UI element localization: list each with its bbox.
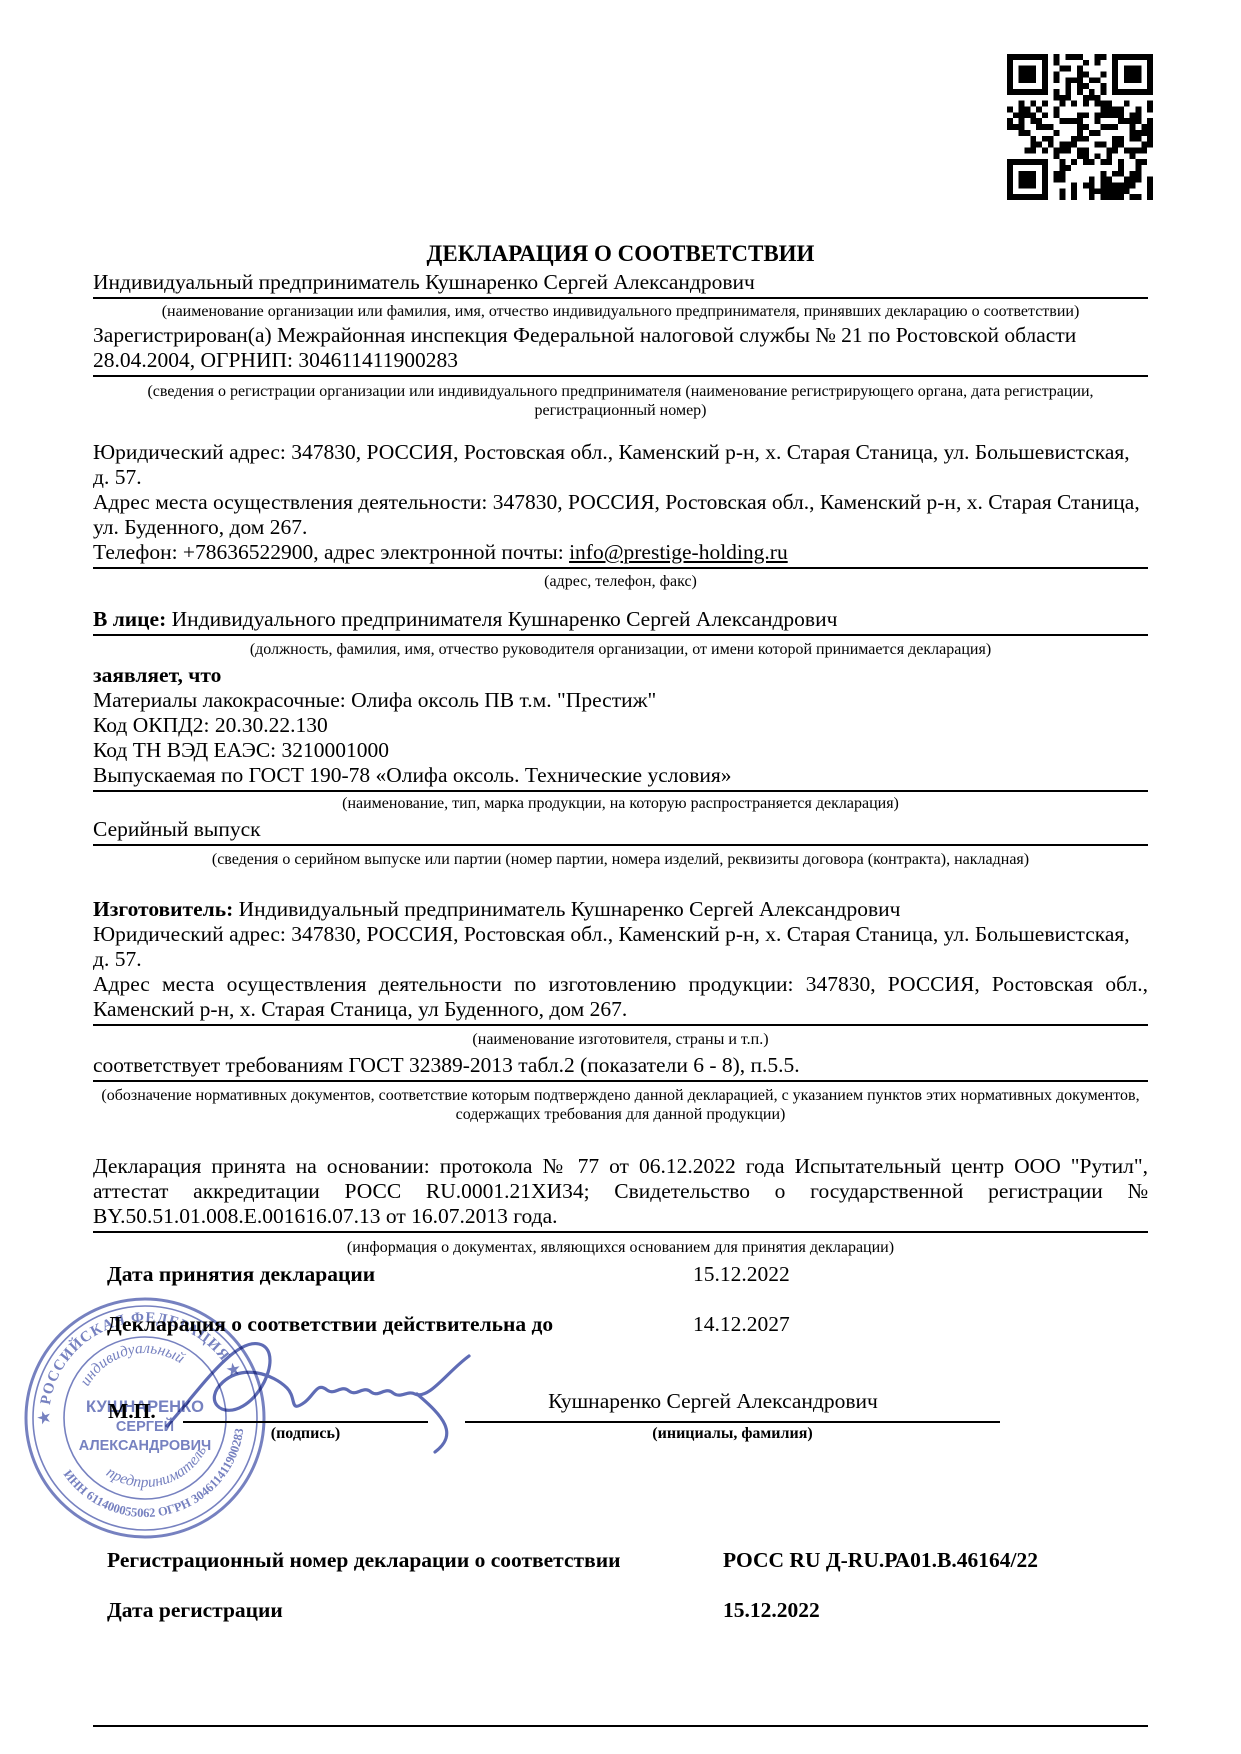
name-line [465, 1421, 1000, 1423]
serial-issue: Серийный выпуск [93, 817, 1148, 846]
signature-zone: М.П. (подпись) Кушнаренко Сергей Алексан… [93, 1385, 1148, 1455]
product-line: Выпускаемая по ГОСТ 190-78 «Олифа оксоль… [93, 763, 1148, 788]
product-line: Код ОКПД2: 20.30.22.130 [93, 713, 1148, 738]
declarant-registration: Зарегистрирован(а) Межрайонная инспекция… [93, 323, 1148, 377]
compliance-hint: (обозначение нормативных документов, соо… [93, 1086, 1148, 1124]
declares-label: заявляет, что [93, 663, 1148, 688]
manufacturer-production-address: Адрес места осуществления деятельности п… [93, 972, 1148, 1026]
product-line: Код ТН ВЭД ЕАЭС: 3210001000 [93, 738, 1148, 763]
registration-date-value: 15.12.2022 [723, 1598, 820, 1623]
basis-hint: (информация о документах, являющихся осн… [93, 1238, 1148, 1257]
product-block: Материалы лакокрасочные: Олифа оксоль ПВ… [93, 688, 1148, 792]
manufacturer-hint: (наименование изготовителя, страны и т.п… [93, 1030, 1148, 1049]
product-hint: (наименование, тип, марка продукции, на … [93, 794, 1148, 813]
qr-code [1007, 54, 1153, 200]
registration-date-row: Дата регистрации 15.12.2022 [93, 1598, 1148, 1623]
declarant-name: Индивидуальный предприниматель Кушнаренк… [93, 270, 1148, 299]
manufacturer-label: Изготовитель: [93, 897, 233, 921]
signature-hint: (подпись) [183, 1425, 428, 1443]
adoption-date-label: Дата принятия декларации [93, 1262, 375, 1286]
email-link[interactable]: info@prestige-holding.ru [569, 540, 788, 564]
basis-text: Декларация принята на основании: протоко… [93, 1154, 1148, 1233]
registration-number-label: Регистрационный номер декларации о соотв… [93, 1548, 621, 1572]
declarant-activity-address: Адрес места осуществления деятельности: … [93, 490, 1148, 540]
contacts-hint: (адрес, телефон, факс) [93, 572, 1148, 591]
signatory-name: Кушнаренко Сергей Александрович [433, 1389, 993, 1414]
registration-number-row: Регистрационный номер декларации о соотв… [93, 1548, 1148, 1573]
representative-value: Индивидуального предпринимателя Кушнарен… [166, 607, 837, 631]
valid-until-value: 14.12.2027 [693, 1312, 790, 1337]
phone-text: Телефон: +78636522900, адрес электронной… [93, 540, 569, 564]
declaration-document: ДЕКЛАРАЦИЯ О СООТВЕТСТВИИ Индивидуальный… [0, 0, 1241, 1754]
adoption-date-row: Дата принятия декларации 15.12.2022 [93, 1262, 1148, 1287]
name-hint: (инициалы, фамилия) [465, 1425, 1000, 1443]
representative-label: В лице: [93, 607, 166, 631]
registration-date-label: Дата регистрации [93, 1598, 283, 1622]
registration-number-value: РОСС RU Д-RU.РА01.В.46164/22 [723, 1548, 1038, 1573]
compliance-statement: соответствует требованиям ГОСТ 32389-201… [93, 1053, 1148, 1082]
manufacturer-legal-address: Юридический адрес: 347830, РОССИЯ, Росто… [93, 922, 1148, 972]
signature-line [183, 1421, 428, 1423]
declarant-contacts: Телефон: +78636522900, адрес электронной… [93, 540, 1148, 569]
manufacturer-line: Изготовитель: Индивидуальный предпринима… [93, 897, 1148, 922]
representative-line: В лице: Индивидуального предпринимателя … [93, 607, 1148, 636]
declarant-legal-address: Юридический адрес: 347830, РОССИЯ, Росто… [93, 440, 1148, 490]
product-line: Материалы лакокрасочные: Олифа оксоль ПВ… [93, 688, 1148, 713]
declarant-registration-hint: (сведения о регистрации организации или … [93, 382, 1148, 420]
page-title: ДЕКЛАРАЦИЯ О СООТВЕТСТВИИ [93, 240, 1148, 268]
mp-label: М.П. [108, 1399, 156, 1424]
bottom-divider [93, 1725, 1148, 1727]
declarant-name-hint: (наименование организации или фамилия, и… [93, 302, 1148, 321]
manufacturer-name: Индивидуальный предприниматель Кушнаренк… [233, 897, 900, 921]
serial-hint: (сведения о серийном выпуске или партии … [93, 850, 1148, 869]
representative-hint: (должность, фамилия, имя, отчество руков… [93, 640, 1148, 659]
adoption-date-value: 15.12.2022 [693, 1262, 790, 1287]
